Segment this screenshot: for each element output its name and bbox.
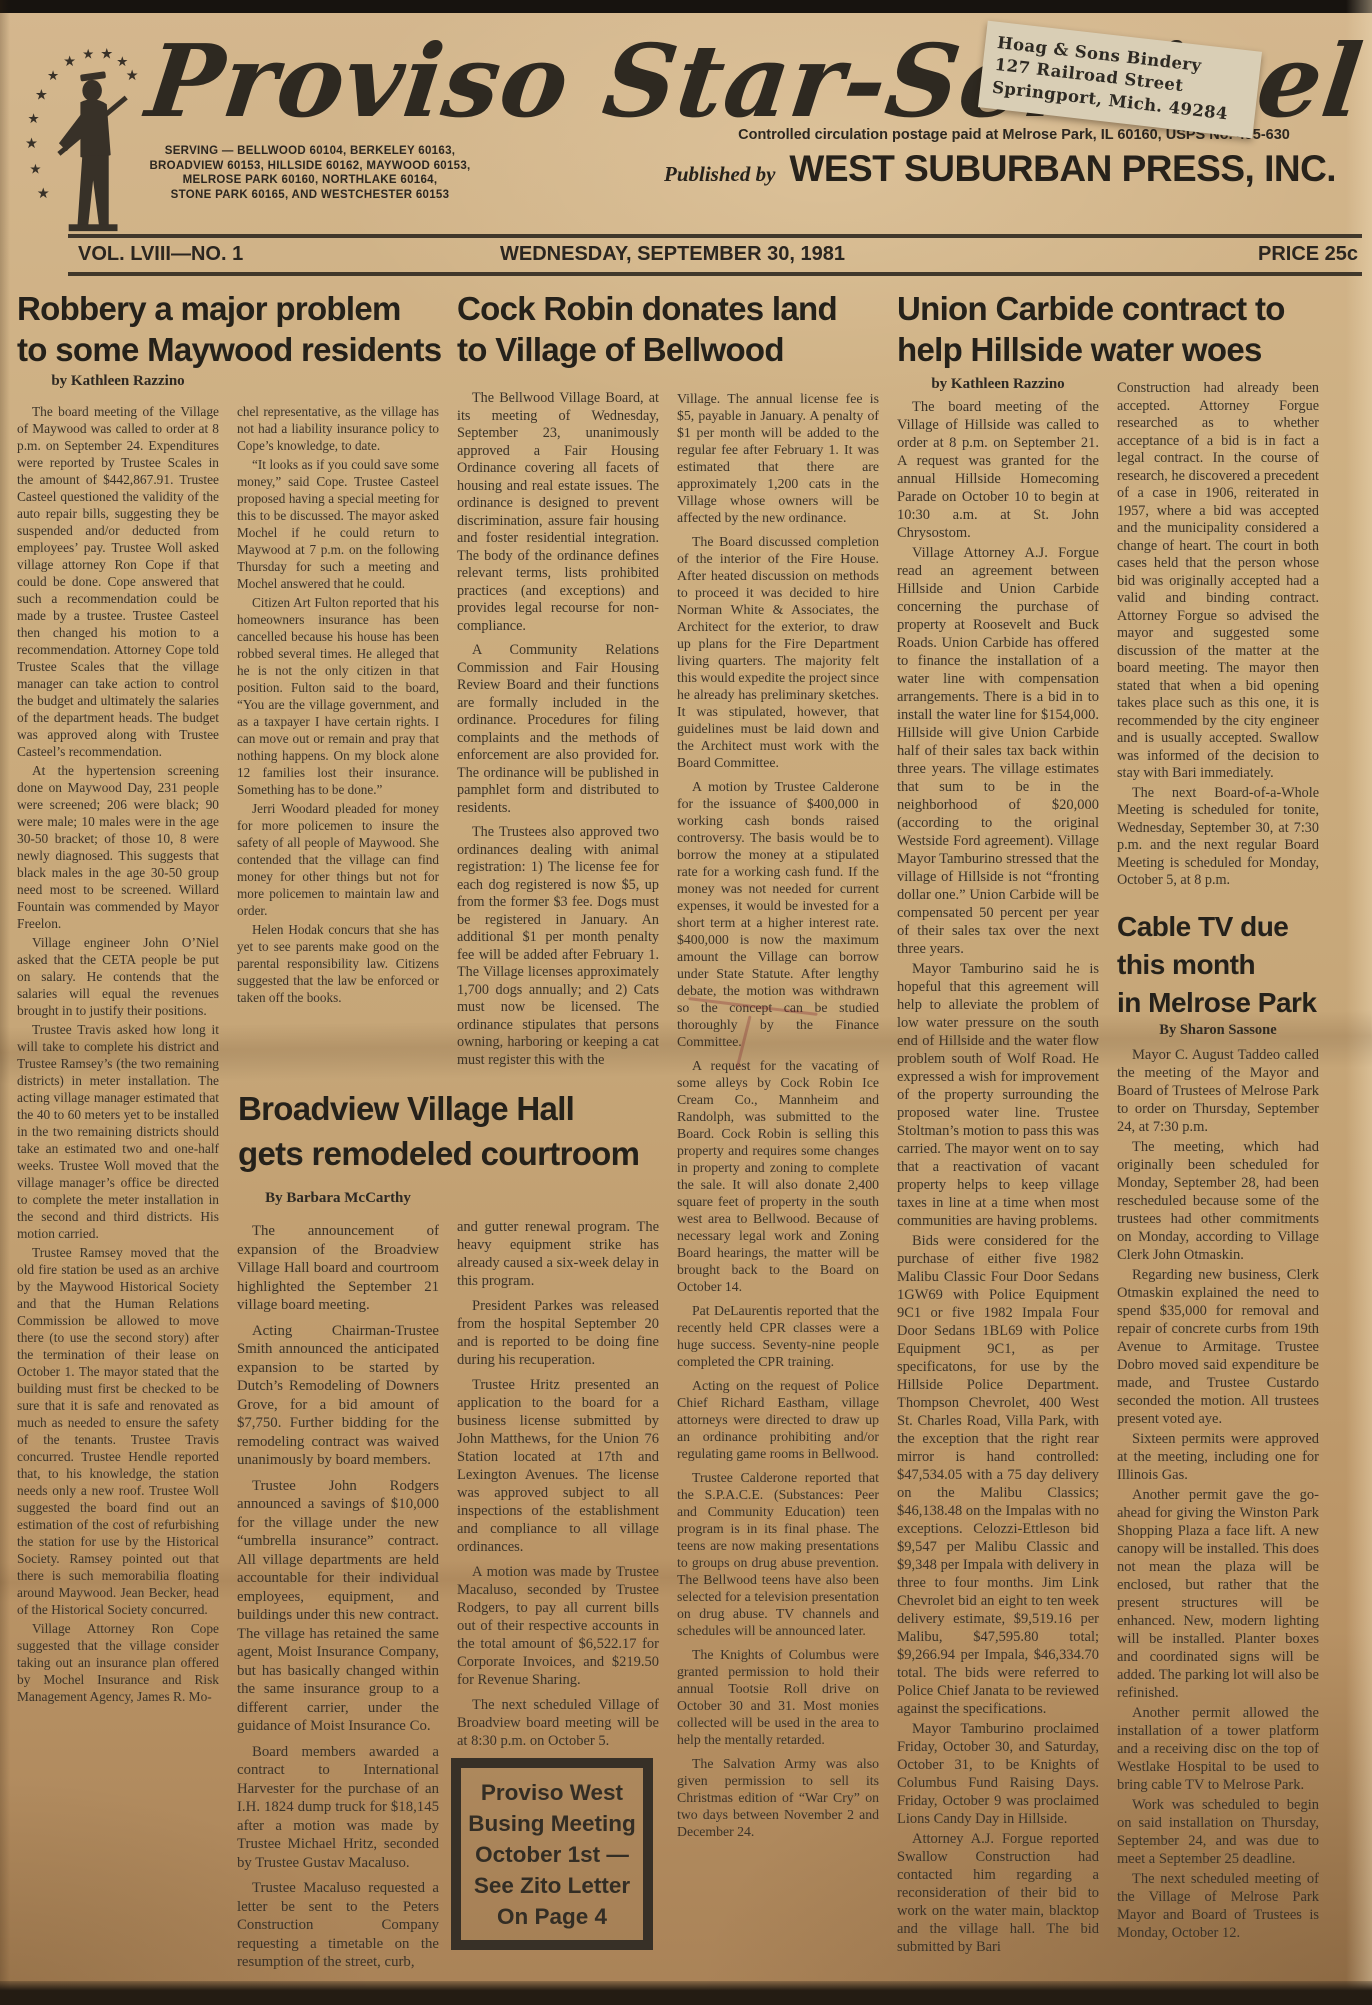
serving-area-list: SERVING — BELLWOOD 60104, BERKELEY 60163… (84, 144, 536, 202)
paragraph: Bids were considered for the purchase of… (897, 1232, 1099, 1718)
paragraph: The meeting, which had originally been s… (1117, 1138, 1319, 1264)
svg-text:★: ★ (29, 162, 41, 177)
article-union-carbide-col1: The board meeting of the Village of Hill… (897, 398, 1099, 1963)
paragraph: Mayor Tamburino proclaimed Friday, Octob… (897, 1720, 1099, 1828)
article-union-carbide-col2: Construction had already been accepted. … (1117, 380, 1319, 900)
volume-number: VOL. LVIII—NO. 1 (78, 243, 243, 266)
busing-meeting-notice-box: Proviso WestBusing MeetingOctober 1st —S… (451, 1758, 653, 1950)
paragraph: The Salvation Army was also given permis… (677, 1755, 879, 1840)
paragraph: The announcement of expansion of the Bro… (237, 1222, 439, 1315)
paragraph: Another permit allowed the installation … (1117, 1704, 1319, 1794)
paragraph: Regarding new business, Clerk Otmaskin e… (1117, 1266, 1319, 1428)
svg-text:★: ★ (82, 46, 94, 61)
paragraph: At the hypertension screening done on Ma… (17, 762, 219, 932)
paragraph: The Bellwood Village Board, at its meeti… (457, 390, 659, 635)
article-robbery-col2: chel representative, as the village has … (237, 403, 439, 1063)
paragraph: Pat DeLaurentis reported that the recent… (677, 1302, 879, 1370)
article-broadview-col2: and gutter renewal program. The heavy eq… (457, 1218, 659, 1756)
paragraph: Citizen Art Fulton reported that his hom… (237, 594, 439, 798)
paper-right-edge (1346, 0, 1372, 2005)
article-cock-robin-col2: Village. The annual license fee is $5, p… (677, 390, 879, 1975)
published-by-label: Published by (664, 162, 775, 187)
text-line: See Zito Letter (474, 1870, 630, 1901)
issue-date: WEDNESDAY, SEPTEMBER 30, 1981 (500, 243, 845, 266)
paragraph: Construction had already been accepted. … (1117, 380, 1319, 783)
headline-robbery: Robbery a major problem to some Maywood … (17, 288, 441, 370)
text-line: BROADVIEW 60153, HILLSIDE 60162, MAYWOOD… (84, 159, 536, 174)
paragraph: Village engineer John O’Niel asked that … (17, 934, 219, 1019)
paragraph: Village Attorney Ron Cope suggested that… (17, 1620, 219, 1705)
article-broadview-col1: The announcement of expansion of the Bro… (237, 1222, 439, 1990)
newspaper-front-page: ★ ★ ★ ★ ★ ★ ★ ★ ★ ★ ★ Proviso Star-Senti… (0, 0, 1372, 2005)
paragraph: Trustee John Rodgers announced a savings… (237, 1477, 439, 1736)
text-line: MELROSE PARK 60160, NORTHLAKE 60164, (84, 173, 536, 188)
paragraph: Trustee Macaluso requested a letter be s… (237, 1879, 439, 1972)
paragraph: Helen Hodak concurs that she has yet to … (237, 921, 439, 1006)
svg-text:★: ★ (37, 186, 50, 202)
text-line: STONE PARK 60165, AND WESTCHESTER 60153 (84, 188, 536, 203)
headline-broadview: Broadview Village Hall gets remodeled co… (238, 1086, 639, 1176)
text-line: Cable TV due (1117, 908, 1316, 946)
paragraph: A Community Relations Commission and Fai… (457, 642, 659, 817)
svg-text:★: ★ (63, 54, 76, 70)
paragraph: Trustee Calderone reported that the S.P.… (677, 1469, 879, 1639)
paragraph: The Knights of Columbus were granted per… (677, 1646, 879, 1748)
paragraph: and gutter renewal program. The heavy eq… (457, 1218, 659, 1290)
paragraph: Acting on the request of Police Chief Ri… (677, 1377, 879, 1462)
svg-text:★: ★ (126, 68, 138, 84)
paragraph: The board meeting of the Village of Mayw… (17, 403, 219, 760)
paragraph: The next scheduled meeting of the Villag… (1117, 1870, 1319, 1942)
paragraph: The Board discussed completion of the in… (677, 533, 879, 771)
text-line: this month (1117, 946, 1316, 984)
text-line: SERVING — BELLWOOD 60104, BERKELEY 60163… (84, 144, 536, 159)
paragraph: Village Attorney A.J. Forgue read an agr… (897, 544, 1099, 958)
text-line: On Page 4 (497, 1901, 607, 1932)
paragraph: “It looks as if you could save some mone… (237, 456, 439, 592)
paragraph: Sixteen permits were approved at the mee… (1117, 1430, 1319, 1484)
byline-union-carbide: by Kathleen Razzino (897, 376, 1099, 393)
svg-text:★: ★ (25, 136, 38, 152)
paragraph: Jerri Woodard pleaded for money for more… (237, 800, 439, 919)
article-cock-robin-col1: The Bellwood Village Board, at its meeti… (457, 390, 659, 1088)
svg-text:★: ★ (100, 46, 113, 62)
minuteman-logo-icon: ★ ★ ★ ★ ★ ★ ★ ★ ★ ★ ★ (16, 32, 138, 237)
paragraph: Trustee Hritz presented an application t… (457, 1376, 659, 1556)
top-edge-bar (0, 0, 1372, 13)
text-line: Busing Meeting (468, 1808, 636, 1839)
paragraph: chel representative, as the village has … (237, 403, 439, 454)
article-cable-tv-col: Mayor C. August Taddeo called the meetin… (1117, 1046, 1319, 1971)
svg-text:★: ★ (47, 68, 59, 83)
paragraph: The next scheduled Village of Broadview … (457, 1696, 659, 1750)
publisher-name: WEST SUBURBAN PRESS, INC. (789, 148, 1336, 190)
publisher-row: Published by WEST SUBURBAN PRESS, INC. (664, 148, 1354, 190)
masthead-rule-top (68, 234, 1362, 238)
text-line: October 1st — (475, 1839, 629, 1870)
headline-union-carbide: Union Carbide contract to help Hillside … (897, 288, 1285, 370)
paragraph: Board members awarded a contract to Inte… (237, 1743, 439, 1873)
svg-text:★: ★ (27, 111, 39, 126)
byline-broadview: By Barbara McCarthy (237, 1190, 439, 1207)
paragraph: President Parkes was released from the h… (457, 1297, 659, 1369)
paragraph: A request for the vacating of some alley… (677, 1057, 879, 1295)
paper-left-edge (0, 0, 10, 2005)
paragraph: The board meeting of the Village of Hill… (897, 398, 1099, 542)
article-robbery-col1: The board meeting of the Village of Mayw… (17, 403, 219, 1891)
bottom-edge-bar (0, 1981, 1372, 2005)
price-label: PRICE 25c (1258, 243, 1358, 266)
text-line: Proviso West (481, 1777, 623, 1808)
paragraph: Another permit gave the go-ahead for giv… (1117, 1486, 1319, 1702)
paragraph: Mayor Tamburino said he is hopeful that … (897, 960, 1099, 1230)
svg-text:★: ★ (35, 87, 48, 103)
paper-crease-2 (0, 1557, 720, 1602)
paragraph: Acting Chairman-Trustee Smith announced … (237, 1322, 439, 1470)
byline-robbery: by Kathleen Razzino (17, 373, 219, 390)
headline-cock-robin: Cock Robin donates land to Village of Be… (457, 288, 837, 370)
paragraph: Work was scheduled to begin on said inst… (1117, 1796, 1319, 1868)
paragraph: The next Board-of-a-Whole Meeting is sch… (1117, 785, 1319, 890)
paragraph: Village. The annual license fee is $5, p… (677, 390, 879, 526)
paragraph: Attorney A.J. Forgue reported Swallow Co… (897, 1830, 1099, 1956)
headline-cable-tv: Cable TV duethis monthin Melrose Park (1117, 908, 1316, 1022)
masthead-rule-bottom (68, 272, 1362, 276)
